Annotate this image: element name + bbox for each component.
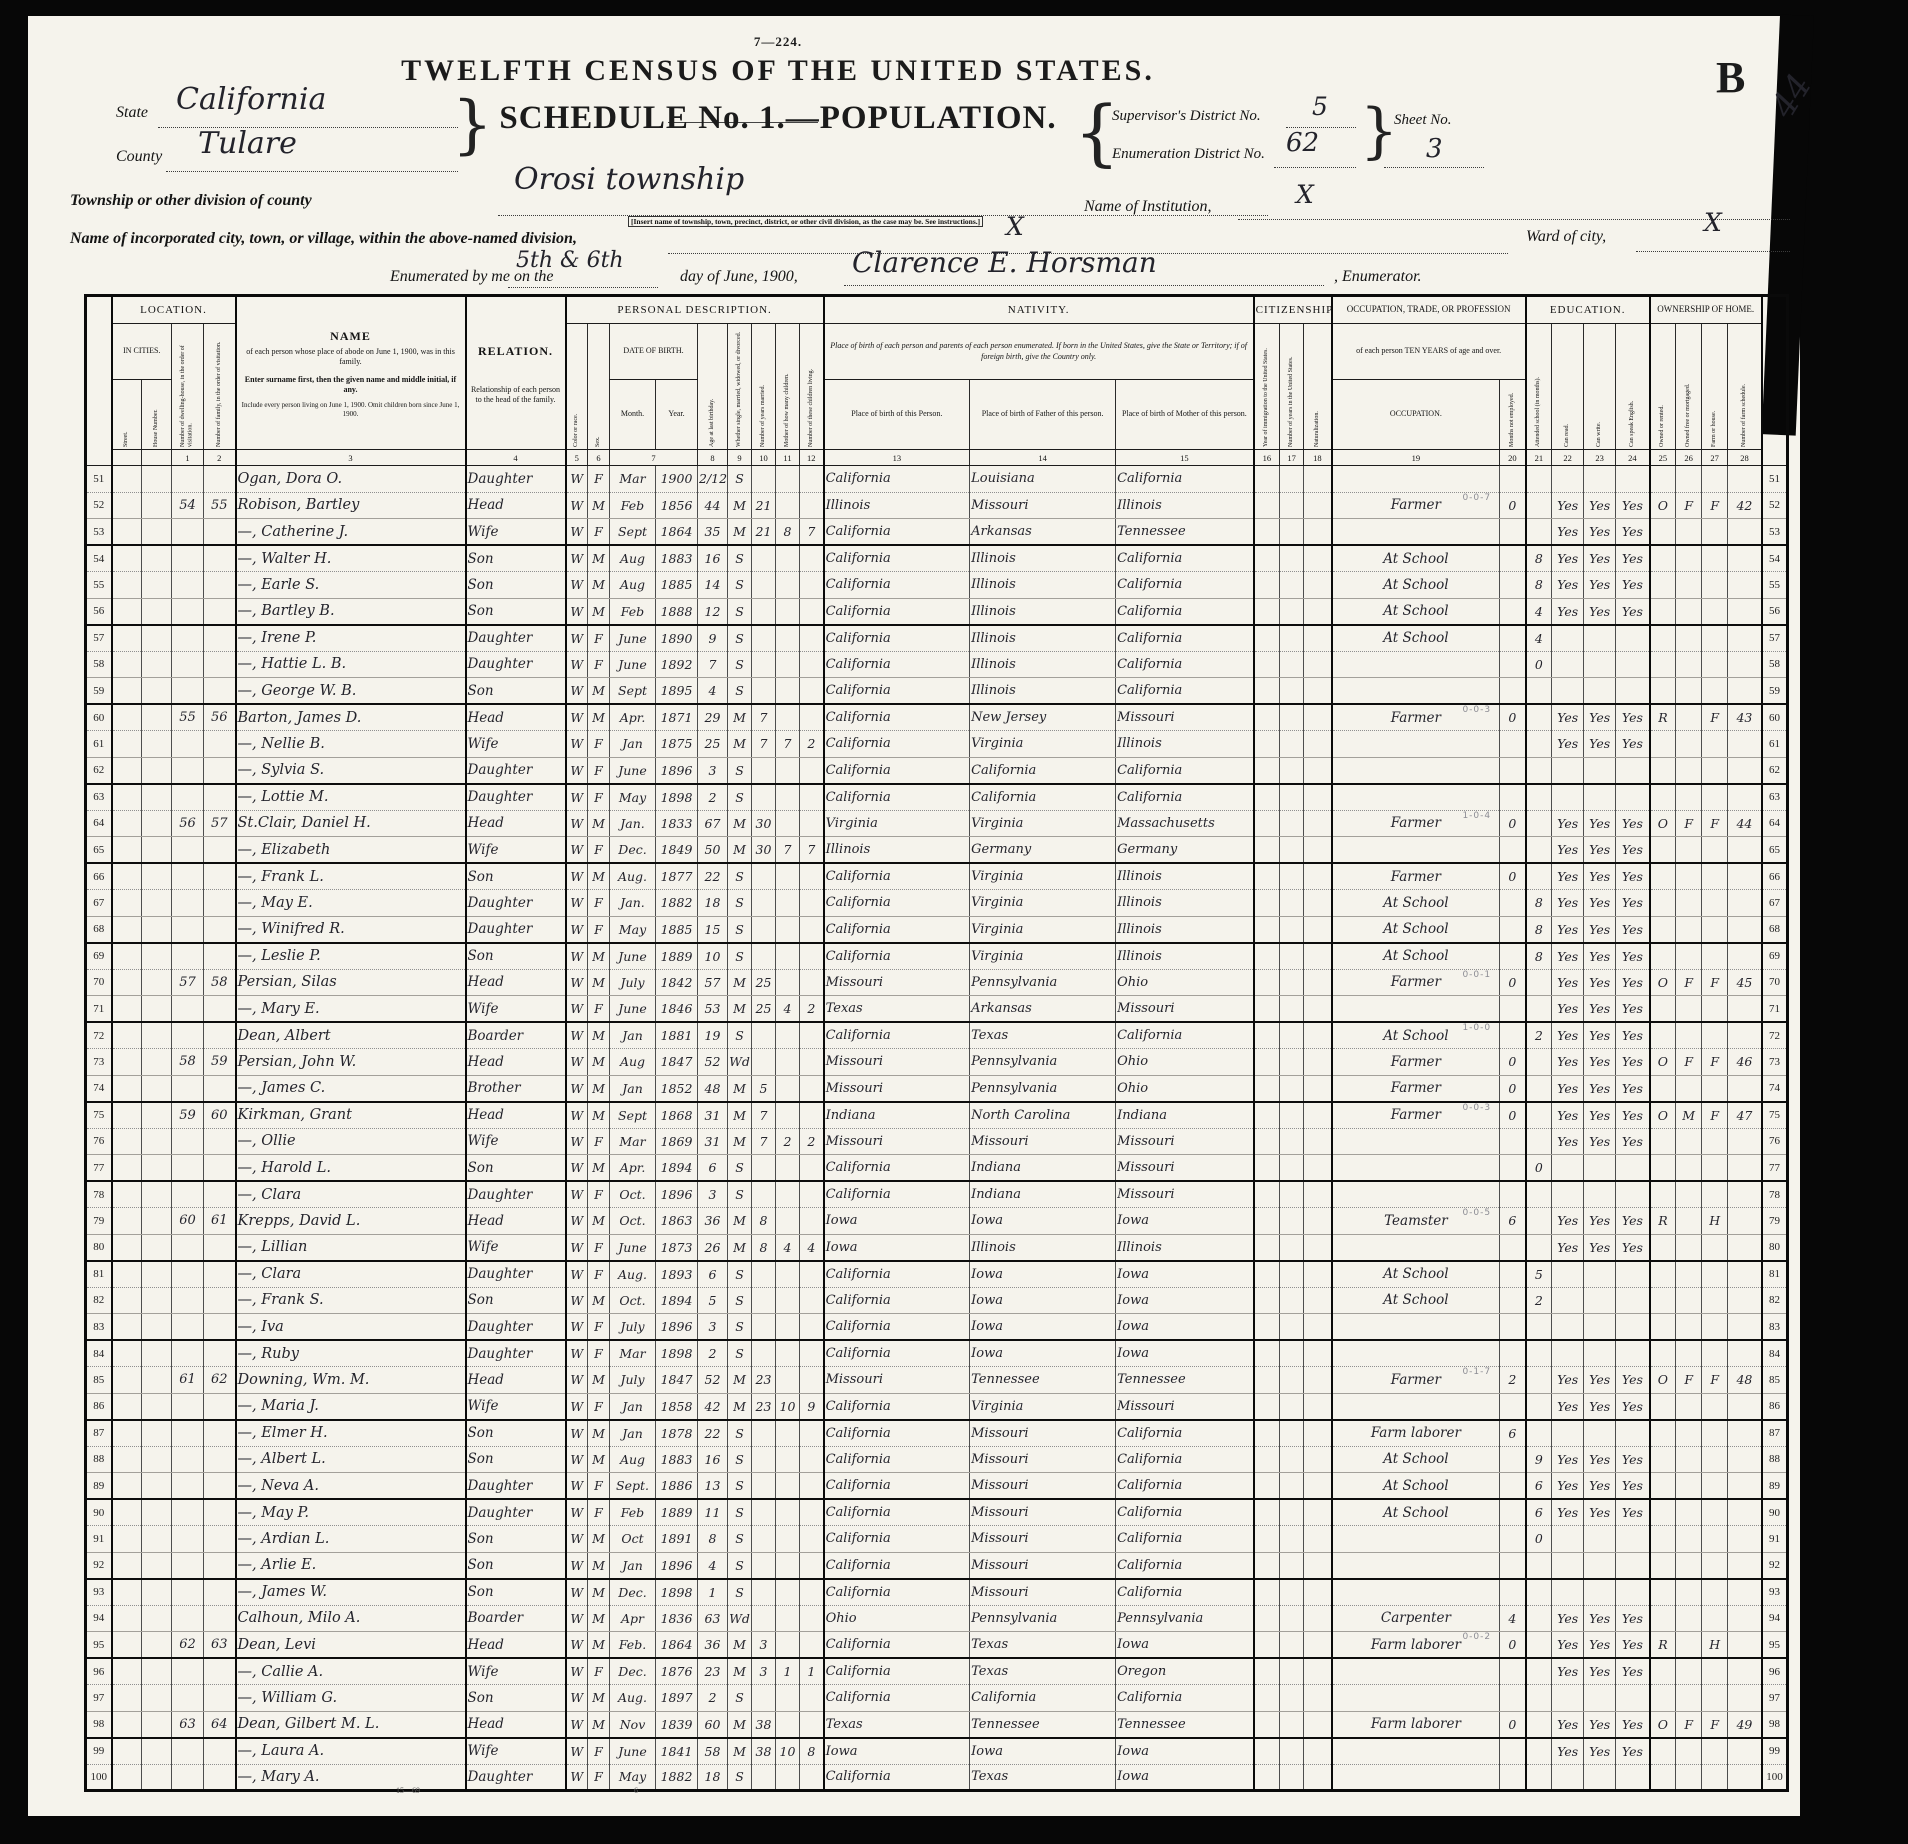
cell-ag: 57 xyxy=(698,969,728,996)
cell-by: 1839 xyxy=(656,1711,698,1738)
cell-by: 1847 xyxy=(656,1049,698,1076)
cell-sx: M xyxy=(588,1526,610,1553)
ward-value: X xyxy=(1704,208,1722,237)
cell-rl: Daughter xyxy=(466,784,566,811)
cell-fm xyxy=(204,943,236,970)
cell-by: 1841 xyxy=(656,1738,698,1765)
cell-nz xyxy=(1304,704,1332,731)
cell-p2: California xyxy=(970,757,1116,784)
cell-oc: 0-0-1Farmer xyxy=(1332,969,1500,996)
cell-p2: New Jersey xyxy=(970,704,1116,731)
cell-dw xyxy=(172,1181,204,1208)
table-row: 94Calhoun, Milo A.BoarderWMApr183663WdOh… xyxy=(86,1605,1788,1632)
cell-en xyxy=(1616,1764,1650,1791)
cell-wr: Yes xyxy=(1584,943,1616,970)
cell-im xyxy=(1254,1420,1280,1447)
cell-ym: 7 xyxy=(752,704,776,731)
cell-sc xyxy=(1526,969,1552,996)
cell-en: Yes xyxy=(1616,1128,1650,1155)
cell-oc xyxy=(1332,1738,1500,1765)
cell-st xyxy=(112,1102,142,1129)
cell-p2: California xyxy=(970,784,1116,811)
cell-p2: Iowa xyxy=(970,1738,1116,1765)
cell-bm: Jan. xyxy=(610,810,656,837)
cell-sx: M xyxy=(588,678,610,705)
cell-ag: 5 xyxy=(698,1287,728,1314)
cell-mo xyxy=(776,784,800,811)
cell-yu xyxy=(1280,572,1304,599)
cell-sc xyxy=(1526,810,1552,837)
cell-p1: Missouri xyxy=(824,1049,970,1076)
cell-fh xyxy=(1702,1658,1728,1685)
cell-ms: M xyxy=(728,704,752,731)
cell-p2: Iowa xyxy=(970,1340,1116,1367)
cell-bm: June xyxy=(610,996,656,1023)
cell-st xyxy=(112,1738,142,1765)
cell-fr xyxy=(1676,625,1702,652)
cell-yu xyxy=(1280,678,1304,705)
cell-hn xyxy=(142,1711,172,1738)
cell-bm: Aug xyxy=(610,1049,656,1076)
cell-rl: Wife xyxy=(466,1738,566,1765)
row-number-left: 77 xyxy=(86,1155,112,1182)
row-number-right: 78 xyxy=(1762,1181,1788,1208)
cell-rl: Wife xyxy=(466,731,566,758)
cell-im xyxy=(1254,757,1280,784)
cell-fs xyxy=(1728,1738,1762,1765)
cell-sc xyxy=(1526,1420,1552,1447)
cell-ym xyxy=(752,784,776,811)
cell-sc: 4 xyxy=(1526,598,1552,625)
cell-wr: Yes xyxy=(1584,969,1616,996)
cell-cr: W xyxy=(566,969,588,996)
cell-rl: Daughter xyxy=(466,1181,566,1208)
cell-ym xyxy=(752,1552,776,1579)
cell-fm: 60 xyxy=(204,1102,236,1129)
cell-bm: May xyxy=(610,784,656,811)
cell-bm: Mar xyxy=(610,1128,656,1155)
cell-p3: Illinois xyxy=(1116,731,1254,758)
cell-sc xyxy=(1526,1605,1552,1632)
row-number-left: 71 xyxy=(86,996,112,1023)
cell-by: 1898 xyxy=(656,1340,698,1367)
cell-sc xyxy=(1526,1658,1552,1685)
table-row: 82—, Frank S.SonWMOct.18945SCaliforniaIo… xyxy=(86,1287,1788,1314)
enumerated-mid: day of June, 1900, xyxy=(680,268,798,286)
name-desc1: of each person whose place of abode on J… xyxy=(238,347,464,367)
row-number-right: 98 xyxy=(1762,1711,1788,1738)
cell-sx: M xyxy=(588,598,610,625)
cell-ag: 3 xyxy=(698,757,728,784)
cell-en: Yes xyxy=(1616,1711,1650,1738)
cell-ow xyxy=(1650,1526,1676,1553)
cell-yu xyxy=(1280,1685,1304,1712)
cell-rd: Yes xyxy=(1552,1075,1584,1102)
cell-wr: Yes xyxy=(1584,916,1616,943)
cell-dw xyxy=(172,1685,204,1712)
cell-sx: M xyxy=(588,545,610,572)
cell-yu xyxy=(1280,943,1304,970)
cell-bm: Nov xyxy=(610,1711,656,1738)
cell-en xyxy=(1616,1420,1650,1447)
cell-p1: Illinois xyxy=(824,837,970,864)
cell-ow: O xyxy=(1650,810,1676,837)
cell-st xyxy=(112,890,142,917)
cell-cr: W xyxy=(566,1340,588,1367)
cell-dw xyxy=(172,996,204,1023)
cell-rl: Head xyxy=(466,1208,566,1235)
cell-im xyxy=(1254,1446,1280,1473)
cell-by: 1894 xyxy=(656,1155,698,1182)
cell-p2: Illinois xyxy=(970,625,1116,652)
table-row: 81—, ClaraDaughterWFAug.18936SCalifornia… xyxy=(86,1261,1788,1288)
cell-ym xyxy=(752,1473,776,1500)
cell-hn xyxy=(142,1552,172,1579)
cell-ow: R xyxy=(1650,1208,1676,1235)
table-row: 84—, RubyDaughterWFMar18982SCaliforniaIo… xyxy=(86,1340,1788,1367)
cell-ow xyxy=(1650,757,1676,784)
cell-ag: 18 xyxy=(698,890,728,917)
cell-cr: W xyxy=(566,466,588,493)
cell-fr xyxy=(1676,651,1702,678)
cell-hn xyxy=(142,519,172,546)
cell-en xyxy=(1616,651,1650,678)
cell-fr xyxy=(1676,1499,1702,1526)
cell-p3: Illinois xyxy=(1116,863,1254,890)
table-row: 89—, Neva A.DaughterWFSept.188613SCalifo… xyxy=(86,1473,1788,1500)
cell-ne: 0 xyxy=(1500,1075,1526,1102)
cell-ag: 15 xyxy=(698,916,728,943)
cell-rl: Son xyxy=(466,1552,566,1579)
cell-ag: 18 xyxy=(698,1764,728,1791)
cell-wr: Yes xyxy=(1584,1738,1616,1765)
cell-p3: Illinois xyxy=(1116,1234,1254,1261)
cell-dw xyxy=(172,598,204,625)
colnum: 11 xyxy=(776,450,800,466)
colnum: 21 xyxy=(1526,450,1552,466)
cell-p2: North Carolina xyxy=(970,1102,1116,1129)
cell-sx: M xyxy=(588,1049,610,1076)
cell-nz xyxy=(1304,1764,1332,1791)
cell-bm: June xyxy=(610,757,656,784)
cell-lv xyxy=(800,1711,824,1738)
cell-fh xyxy=(1702,1446,1728,1473)
cell-fm xyxy=(204,1764,236,1791)
cell-ms: M xyxy=(728,837,752,864)
cell-p2: Iowa xyxy=(970,1261,1116,1288)
cell-ym: 8 xyxy=(752,1234,776,1261)
cell-lv xyxy=(800,1632,824,1659)
cell-p3: Tennessee xyxy=(1116,519,1254,546)
cell-fh xyxy=(1702,572,1728,599)
cell-wr: Yes xyxy=(1584,996,1616,1023)
cell-im xyxy=(1254,1049,1280,1076)
cell-fs xyxy=(1728,837,1762,864)
cell-en xyxy=(1616,466,1650,493)
cell-ne: 0 xyxy=(1500,1102,1526,1129)
cell-im xyxy=(1254,1102,1280,1129)
cell-fh xyxy=(1702,731,1728,758)
cell-ym: 30 xyxy=(752,837,776,864)
cell-p1: California xyxy=(824,651,970,678)
cell-oc: Farm laborer xyxy=(1332,1711,1500,1738)
cell-sx: M xyxy=(588,492,610,519)
cell-ow xyxy=(1650,916,1676,943)
cell-dw xyxy=(172,731,204,758)
township-value: Orosi township xyxy=(514,162,744,197)
cell-ne xyxy=(1500,1685,1526,1712)
row-number-right: 95 xyxy=(1762,1632,1788,1659)
cell-ms: S xyxy=(728,943,752,970)
cell-fs xyxy=(1728,731,1762,758)
cell-ms: M xyxy=(728,1367,752,1394)
cell-cr: W xyxy=(566,1552,588,1579)
cell-by: 1875 xyxy=(656,731,698,758)
cell-p2: Virginia xyxy=(970,890,1116,917)
row-number-left: 51 xyxy=(86,466,112,493)
table-row: 605556Barton, James D.HeadWMApr.187129M7… xyxy=(86,704,1788,731)
cell-nm: —, George W. B. xyxy=(236,678,466,705)
row-number-right: 87 xyxy=(1762,1420,1788,1447)
group-occupation: OCCUPATION, TRADE, OR PROFESSION xyxy=(1332,296,1526,324)
row-number-right: 81 xyxy=(1762,1261,1788,1288)
cell-p3: California xyxy=(1116,1499,1254,1526)
cell-im xyxy=(1254,519,1280,546)
cell-cr: W xyxy=(566,757,588,784)
cell-fh xyxy=(1702,651,1728,678)
cell-ag: 2 xyxy=(698,1340,728,1367)
cell-ym: 7 xyxy=(752,1102,776,1129)
cell-p1: California xyxy=(824,1658,970,1685)
cell-bm: Feb xyxy=(610,492,656,519)
cell-cr: W xyxy=(566,651,588,678)
cell-by: 1836 xyxy=(656,1605,698,1632)
cell-rd: Yes xyxy=(1552,572,1584,599)
cell-im xyxy=(1254,1287,1280,1314)
cell-hn xyxy=(142,1658,172,1685)
cell-ne: 0 xyxy=(1500,810,1526,837)
cell-yu xyxy=(1280,1181,1304,1208)
cell-im xyxy=(1254,890,1280,917)
cell-fh xyxy=(1702,545,1728,572)
cell-wr xyxy=(1584,1526,1616,1553)
row-number-right: 96 xyxy=(1762,1658,1788,1685)
cell-en: Yes xyxy=(1616,545,1650,572)
cell-fs xyxy=(1728,466,1762,493)
cell-p2: Virginia xyxy=(970,916,1116,943)
cell-ne xyxy=(1500,757,1526,784)
cell-lv: 7 xyxy=(800,837,824,864)
cell-sx: M xyxy=(588,810,610,837)
cell-fm xyxy=(204,651,236,678)
cell-yu xyxy=(1280,1632,1304,1659)
cell-cr: W xyxy=(566,890,588,917)
cell-oc xyxy=(1332,1685,1500,1712)
cell-dw xyxy=(172,1446,204,1473)
cell-fr xyxy=(1676,1446,1702,1473)
colnum-street xyxy=(112,450,142,466)
cell-sc xyxy=(1526,519,1552,546)
cell-p1: California xyxy=(824,545,970,572)
cell-cr: W xyxy=(566,1155,588,1182)
cell-nz xyxy=(1304,1632,1332,1659)
cell-nm: Dean, Levi xyxy=(236,1632,466,1659)
cell-fm xyxy=(204,837,236,864)
colnum: 4 xyxy=(466,450,566,466)
cell-by: 1888 xyxy=(656,598,698,625)
col-street: Street. xyxy=(112,380,142,450)
cell-fm xyxy=(204,1181,236,1208)
cell-st xyxy=(112,1367,142,1394)
cell-lv xyxy=(800,890,824,917)
cell-ms: S xyxy=(728,1446,752,1473)
cell-sx: M xyxy=(588,969,610,996)
cell-fr xyxy=(1676,1738,1702,1765)
cell-cr: W xyxy=(566,1738,588,1765)
cell-fm xyxy=(204,1420,236,1447)
cell-rd: Yes xyxy=(1552,1208,1584,1235)
col-attended-school: Attended school (in months). xyxy=(1526,324,1552,450)
cell-p3: California xyxy=(1116,466,1254,493)
cell-ne: 0 xyxy=(1500,1049,1526,1076)
colnum: 1 xyxy=(172,450,204,466)
cell-im xyxy=(1254,1632,1280,1659)
cell-im xyxy=(1254,1181,1280,1208)
table-row: 68—, Winifred R.DaughterWFMay188515SCali… xyxy=(86,916,1788,943)
cell-wr: Yes xyxy=(1584,1049,1616,1076)
cell-im xyxy=(1254,1685,1280,1712)
cell-nm: —, May P. xyxy=(236,1499,466,1526)
cell-p3: Missouri xyxy=(1116,704,1254,731)
cell-by: 1896 xyxy=(656,1181,698,1208)
row-number-right: 63 xyxy=(1762,784,1788,811)
cell-lv: 2 xyxy=(800,731,824,758)
cell-dw: 61 xyxy=(172,1367,204,1394)
cell-rl: Boarder xyxy=(466,1605,566,1632)
cell-hn xyxy=(142,890,172,917)
sheet-line xyxy=(1384,166,1484,168)
cell-mo xyxy=(776,1314,800,1341)
cell-sc: 8 xyxy=(1526,572,1552,599)
cell-fm xyxy=(204,1446,236,1473)
cell-sx: M xyxy=(588,1711,610,1738)
table-row: 87—, Elmer H.SonWMJan187822SCaliforniaMi… xyxy=(86,1420,1788,1447)
cell-by: 1889 xyxy=(656,943,698,970)
cell-by: 1858 xyxy=(656,1393,698,1420)
cell-nz xyxy=(1304,1102,1332,1129)
cell-bm: Jan xyxy=(610,1552,656,1579)
cell-bm: Apr xyxy=(610,1605,656,1632)
cell-nz xyxy=(1304,969,1332,996)
row-number-left: 78 xyxy=(86,1181,112,1208)
cell-cr: W xyxy=(566,837,588,864)
cell-ag: 36 xyxy=(698,1208,728,1235)
cell-mo xyxy=(776,651,800,678)
cell-hn xyxy=(142,598,172,625)
cell-p3: Ohio xyxy=(1116,1075,1254,1102)
cell-p2: Virginia xyxy=(970,1393,1116,1420)
cell-lv xyxy=(800,969,824,996)
pencil-tally: 1-0-4 xyxy=(1462,811,1491,821)
cell-by: 1864 xyxy=(656,519,698,546)
cell-p3: Indiana xyxy=(1116,1102,1254,1129)
cell-mo xyxy=(776,1446,800,1473)
cell-p3: Iowa xyxy=(1116,1632,1254,1659)
cell-rd xyxy=(1552,1764,1584,1791)
cell-by: 1890 xyxy=(656,625,698,652)
margin-annotation: 44 xyxy=(1763,67,1820,125)
cell-rl: Daughter xyxy=(466,625,566,652)
cell-dw: 58 xyxy=(172,1049,204,1076)
cell-rl: Daughter xyxy=(466,1764,566,1791)
cell-nz xyxy=(1304,1711,1332,1738)
cell-nz xyxy=(1304,625,1332,652)
cell-sc: 0 xyxy=(1526,651,1552,678)
district-brace-close: } xyxy=(1360,96,1398,166)
cell-p2: Pennsylvania xyxy=(970,1605,1116,1632)
cell-dw xyxy=(172,1234,204,1261)
cell-wr: Yes xyxy=(1584,1367,1616,1394)
cell-p3: California xyxy=(1116,1022,1254,1049)
cell-lv: 4 xyxy=(800,1234,824,1261)
cell-p3: Iowa xyxy=(1116,1208,1254,1235)
cell-fs xyxy=(1728,1022,1762,1049)
cell-st xyxy=(112,1579,142,1606)
cell-dw xyxy=(172,1393,204,1420)
cell-sx: F xyxy=(588,890,610,917)
cell-lv xyxy=(800,572,824,599)
cell-ne xyxy=(1500,1526,1526,1553)
cell-rd: Yes xyxy=(1552,969,1584,996)
cell-rd: Yes xyxy=(1552,492,1584,519)
cell-en: Yes xyxy=(1616,969,1650,996)
cell-cr: W xyxy=(566,1658,588,1685)
cell-ms: S xyxy=(728,1340,752,1367)
cell-dw: 55 xyxy=(172,704,204,731)
cell-mo: 7 xyxy=(776,837,800,864)
cell-sc xyxy=(1526,678,1552,705)
cell-yu xyxy=(1280,731,1304,758)
cell-p1: California xyxy=(824,1261,970,1288)
cell-fh xyxy=(1702,1579,1728,1606)
cell-bm: Oct xyxy=(610,1526,656,1553)
cell-wr xyxy=(1584,1579,1616,1606)
cell-by: 1847 xyxy=(656,1367,698,1394)
cell-mo xyxy=(776,1526,800,1553)
cell-p3: California xyxy=(1116,572,1254,599)
cell-ag: 36 xyxy=(698,1632,728,1659)
cell-nm: —, Elmer H. xyxy=(236,1420,466,1447)
cell-en xyxy=(1616,757,1650,784)
col-birth-year: Year. xyxy=(656,380,698,450)
cell-bm: Feb. xyxy=(610,1632,656,1659)
col-can-speak-english: Can speak English. xyxy=(1616,324,1650,450)
cell-st xyxy=(112,863,142,890)
form-number: 7—224. xyxy=(718,34,838,50)
cell-sx: F xyxy=(588,1393,610,1420)
cell-fr xyxy=(1676,784,1702,811)
cell-fs xyxy=(1728,1632,1762,1659)
colnum: 20 xyxy=(1500,450,1526,466)
cell-p1: California xyxy=(824,1632,970,1659)
cell-fm xyxy=(204,466,236,493)
cell-st xyxy=(112,1526,142,1553)
cell-fm xyxy=(204,1261,236,1288)
row-number-right: 85 xyxy=(1762,1367,1788,1394)
cell-im xyxy=(1254,1526,1280,1553)
cell-ag: 52 xyxy=(698,1367,728,1394)
cell-fr xyxy=(1676,704,1702,731)
